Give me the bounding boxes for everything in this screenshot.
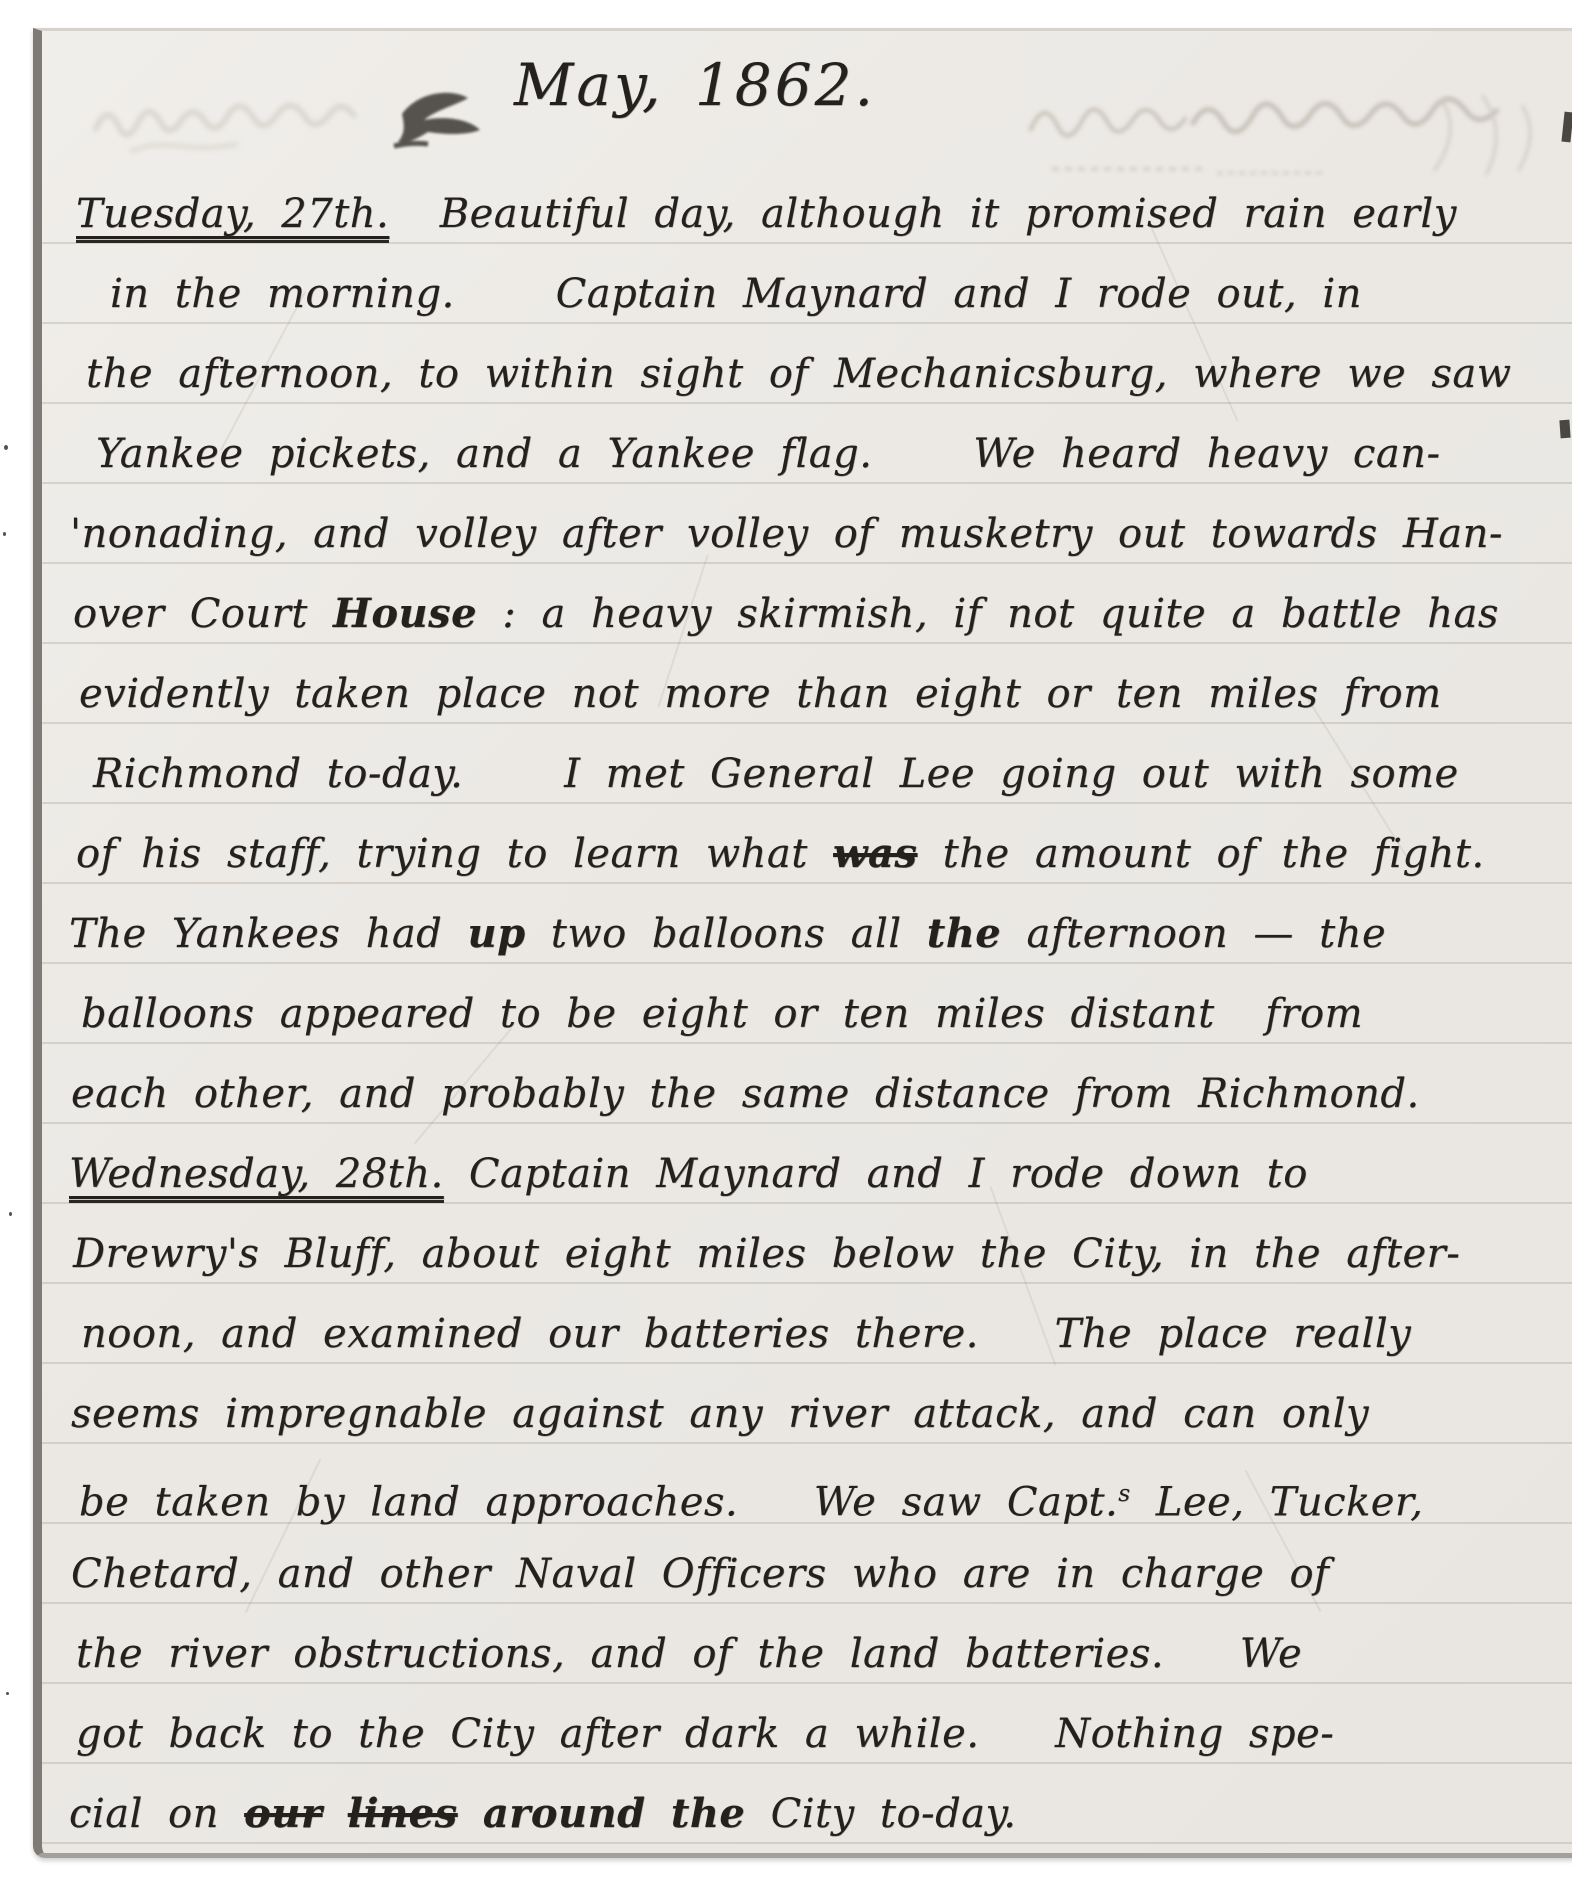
text-segment: seems impregnable against any river atta… — [71, 1391, 1369, 1437]
text-segment: noon, and examined our batteries there. … — [81, 1311, 1411, 1357]
entry-day-heading: Wednesday, 28th. — [69, 1151, 444, 1203]
entry-day-heading: Tuesday, 27th. — [76, 191, 389, 243]
margin-speck — [4, 445, 8, 450]
text-segment: the river obstructions, and of the land … — [76, 1631, 1302, 1677]
diary-line: 'nonading, and volley after volley of mu… — [42, 494, 1572, 574]
bleedthrough-marks-left — [90, 86, 390, 166]
text-segment: Yankee pickets, and a Yankee flag. We he… — [96, 431, 1440, 477]
diary-line: Tuesday, 27th. Beautiful day, although i… — [42, 174, 1572, 254]
text-segment: afternoon — the — [1001, 911, 1386, 957]
diary-line: Richmond to-day. I met General Lee going… — [42, 734, 1572, 814]
diary-line: Yankee pickets, and a Yankee flag. We he… — [42, 414, 1572, 494]
diary-line: over Court House : a heavy skirmish, if … — [42, 574, 1572, 654]
text-segment: of his staff, trying to learn what — [76, 831, 833, 877]
diary-line: got back to the City after dark a while.… — [42, 1694, 1572, 1774]
text-segment: : a heavy skirmish, if not quite a battl… — [477, 591, 1499, 637]
text-segment: our — [244, 1790, 322, 1837]
margin-speck — [9, 1212, 12, 1216]
diary-line: seems impregnable against any river atta… — [42, 1374, 1572, 1454]
text-segment: over Court — [73, 591, 333, 637]
diary-line: in the morning. Captain Maynard and I ro… — [42, 254, 1572, 334]
diary-line: cial on our lines around the City to-day… — [42, 1774, 1572, 1854]
paper-edge-mark — [1559, 420, 1570, 439]
diary-line: noon, and examined our batteries there. … — [42, 1294, 1572, 1374]
text-segment: two balloons all — [526, 911, 927, 957]
text-segment: up — [468, 910, 526, 957]
text-segment: around — [483, 1790, 646, 1837]
text-segment: was — [833, 830, 917, 877]
text-segment: House — [333, 590, 477, 637]
text-segment: The Yankees had — [69, 911, 468, 957]
text-segment: be taken by land approaches. We saw Capt… — [79, 1479, 1118, 1525]
text-segment: cial on — [69, 1791, 244, 1837]
text-segment: lines — [348, 1790, 458, 1837]
text-segment: evidently taken place not more than eigh… — [79, 671, 1442, 717]
text-segment — [646, 1791, 671, 1837]
text-segment — [322, 1791, 347, 1837]
diary-lines: Tuesday, 27th. Beautiful day, although i… — [42, 174, 1572, 1854]
text-segment: the amount of the fight. — [917, 831, 1484, 877]
diary-line: Wednesday, 28th. Captain Maynard and I r… — [42, 1134, 1572, 1214]
text-segment: Beautiful day, although it promised rain… — [389, 191, 1457, 237]
text-segment: City to-day. — [745, 1791, 1016, 1837]
diary-line: of his staff, trying to learn what was t… — [42, 814, 1572, 894]
text-segment: Chetard, and other Naval Officers who ar… — [71, 1551, 1329, 1597]
diary-paper-sheet: May, 1862. Tuesday, 27th. Beautiful day,… — [33, 28, 1572, 1858]
month-header: May, 1862. — [514, 51, 876, 119]
text-segment: Lee, Tucker, — [1131, 1479, 1424, 1525]
ink-smudge — [384, 86, 494, 161]
text-segment: 'nonading, and volley after volley of mu… — [70, 511, 1503, 557]
diary-line: the afternoon, to within sight of Mechan… — [42, 334, 1572, 414]
text-segment: balloons appeared to be eight or ten mil… — [81, 991, 1363, 1037]
text-segment: the afternoon, to within sight of Mechan… — [86, 351, 1512, 397]
diary-line: evidently taken place not more than eigh… — [42, 654, 1572, 734]
diary-line: Chetard, and other Naval Officers who ar… — [42, 1534, 1572, 1614]
text-segment: each other, and probably the same distan… — [71, 1071, 1420, 1117]
text-segment: the — [927, 910, 1002, 957]
text-segment: in the morning. Captain Maynard and I ro… — [110, 271, 1362, 317]
text-segment: s — [1118, 1480, 1130, 1507]
text-segment: got back to the City after dark a while.… — [76, 1711, 1334, 1757]
diary-line: the river obstructions, and of the land … — [42, 1614, 1572, 1694]
text-segment: Drewry's Bluff, about eight miles below … — [73, 1231, 1460, 1277]
paper-edge-mark — [1561, 112, 1572, 143]
text-segment: Captain Maynard and I rode down to — [444, 1151, 1308, 1197]
diary-line: be taken by land approaches. We saw Capt… — [42, 1454, 1572, 1534]
margin-speck — [3, 532, 6, 536]
diary-line: balloons appeared to be eight or ten mil… — [42, 974, 1572, 1054]
diary-line: Drewry's Bluff, about eight miles below … — [42, 1214, 1572, 1294]
text-segment — [458, 1791, 483, 1837]
text-segment: Richmond to-day. I met General Lee going… — [93, 751, 1459, 797]
margin-speck — [6, 1692, 9, 1695]
diary-line: The Yankees had up two balloons all the … — [42, 894, 1572, 974]
scan-background: May, 1862. Tuesday, 27th. Beautiful day,… — [0, 0, 1572, 1896]
text-segment: the — [671, 1790, 746, 1837]
diary-line: each other, and probably the same distan… — [42, 1054, 1572, 1134]
